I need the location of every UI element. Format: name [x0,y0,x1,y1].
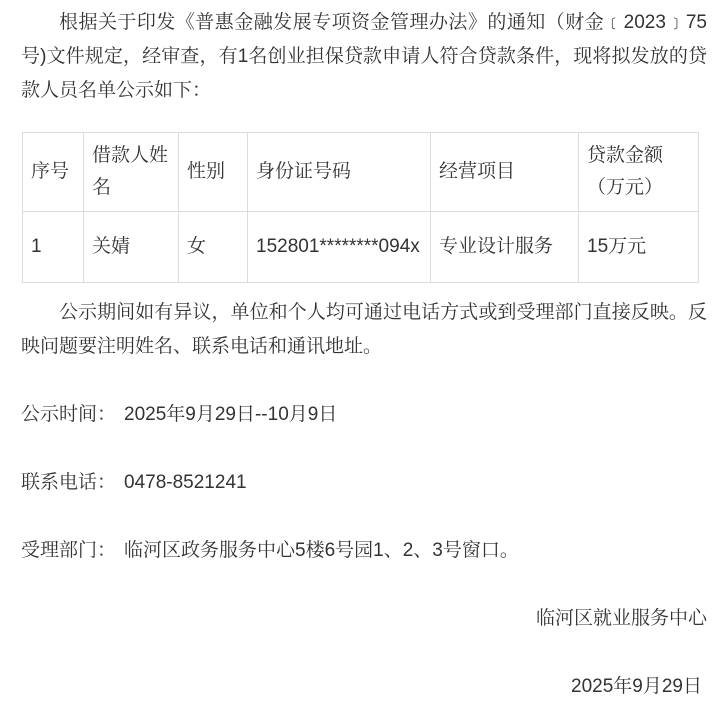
accepting-department-label: 受理部门： [21,540,116,561]
cell-id-number: 152801********094x [248,212,431,283]
loan-applicants-table: 序号 借款人姓名 性别 身份证号码 经营项目 贷款金额（万元） 1 关婧 女 1… [22,132,699,283]
publicity-time-line: 公示时间：2025年9月29日--10月9日 [21,398,707,432]
publicity-time-value: 2025年9月29日--10月9日 [124,404,337,425]
accepting-department-line: 受理部门：临河区政务服务中心5楼6号园1、2、3号窗口。 [21,534,707,568]
publicity-time-label: 公示时间： [21,404,116,425]
col-header-gender: 性别 [179,133,248,212]
announcement-document: 根据关于印发《普惠金融发展专项资金管理办法》的通知（财金﹝2023﹞75号)文件… [0,0,715,704]
contact-phone-value: 0478-8521241 [124,472,247,493]
contact-phone-line: 联系电话：0478-8521241 [21,466,707,500]
contact-phone-label: 联系电话： [21,472,116,493]
cell-business-item: 专业设计服务 [431,212,579,283]
table-row: 1 关婧 女 152801********094x 专业设计服务 15万元 [23,212,699,283]
cell-loan-amount: 15万元 [579,212,699,283]
col-header-serial-number: 序号 [23,133,84,212]
intro-paragraph: 根据关于印发《普惠金融发展专项资金管理办法》的通知（财金﹝2023﹞75号)文件… [21,6,707,108]
table-header-row: 序号 借款人姓名 性别 身份证号码 经营项目 贷款金额（万元） [23,133,699,212]
col-header-id-number: 身份证号码 [248,133,431,212]
issue-date: 2025年9月29日 [21,670,707,704]
cell-serial-number: 1 [23,212,84,283]
accepting-department-value: 临河区政务服务中心5楼6号园1、2、3号窗口。 [124,540,519,561]
col-header-loan-amount: 贷款金额（万元） [579,133,699,212]
cell-gender: 女 [179,212,248,283]
objection-notice: 公示期间如有异议，单位和个人均可通过电话方式或到受理部门直接反映。反映问题要注明… [21,296,707,364]
issuer-signature: 临河区就业服务中心 [21,602,707,636]
col-header-business-item: 经营项目 [431,133,579,212]
cell-borrower-name: 关婧 [84,212,179,283]
col-header-borrower-name: 借款人姓名 [84,133,179,212]
